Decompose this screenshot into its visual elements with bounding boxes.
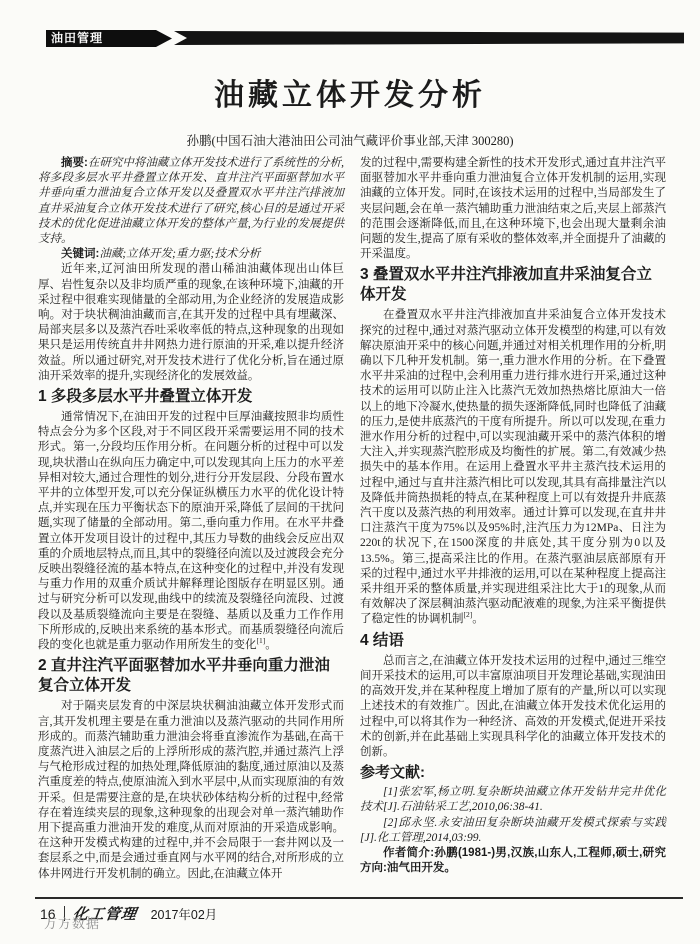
section3-paragraph: 在叠置双水平井注汽排液加直井采油复合立体开发技术探究的过程中,通过对蒸汽驱动立体… — [360, 308, 666, 627]
left-column: 摘要:在研究中将油藏立体开发技术进行了系统性的分析,将多段多层水平井叠置立体开发… — [38, 156, 344, 882]
author-bio-label: 作者简介: — [383, 847, 434, 859]
section2-paragraph-left: 对于隔夹层发育的中深层块状稠油油藏立体开发形式而言,其开发机理主要是在重力泄油以… — [38, 699, 344, 881]
section1-endmark: 。 — [265, 639, 277, 651]
banner-rule-bar — [174, 31, 684, 45]
paper-title: 油藏立体开发分析 — [0, 70, 700, 114]
section2-heading: 2 直井注汽平面驱替加水平井垂向重力泄油复合立体开发 — [38, 656, 344, 696]
paper-page: 油田管理 油藏立体开发分析 孙鹏(中国石油大港油田公司油气藏评价事业部,天津 3… — [0, 0, 700, 944]
footer-divider — [35, 897, 683, 899]
right-column: 发的过程中,需要构建全新性的技术开发形式,通过直井注汽平面驱替加水平井垂向重力泄… — [360, 156, 666, 882]
abstract-paragraph: 摘要:在研究中将油藏立体开发技术进行了系统性的分析,将多段多层水平井叠置立体开发… — [38, 156, 344, 247]
keywords-paragraph: 关键词:油藏;立体开发;重力驱;技术分析 — [38, 247, 344, 262]
intro-paragraph: 近年来,辽河油田所发现的潜山稀油油藏体现出山体巨厚、岩性复杂以及非均质严重的现象… — [38, 262, 344, 384]
abstract-text: 在研究中将油藏立体开发技术进行了系统性的分析,将多段多层水平井叠置立体开发、直井… — [38, 157, 344, 245]
section3-heading: 3 叠置双水平井注汽排液加直井采油复合立体开发 — [360, 265, 666, 305]
abstract-label: 摘要: — [61, 157, 88, 169]
wanfang-watermark: 万方数据 — [44, 913, 100, 932]
keywords-text: 油藏;立体开发;重力驱;技术分析 — [99, 248, 260, 260]
section2-paragraph-right: 发的过程中,需要构建全新性的技术开发形式,通过直井注汽平面驱替加水平井垂向重力泄… — [360, 156, 666, 262]
author-line: 孙鹏(中国石油大港油田公司油气藏评价事业部,天津 300280) — [0, 131, 700, 149]
section1-heading: 1 多段多层水平井叠置立体开发 — [38, 387, 344, 407]
section3-text: 在叠置双水平井注汽排液加直井采油复合立体开发技术探究的过程中,通过对蒸汽驱动立体… — [360, 309, 666, 625]
banner-label: 油田管理 — [51, 31, 103, 45]
reference-item-2: [2]邱永坚.永安油田复杂断块油藏开发模式探索与实践[J].化工管理,2014,… — [360, 816, 666, 846]
author-bio: 作者简介:孙鹏(1981-)男,汉族,山东人,工程师,硕士,研究方向:油气田开发… — [360, 846, 666, 876]
references-heading: 参考文献: — [360, 763, 666, 783]
reference-item-1: [1]张宏军,杨立明.复杂断块油藏立体开发钻井完井优化技术[J].石油钻采工艺,… — [360, 785, 666, 815]
section4-paragraph: 总而言之,在油藏立体开发技术运用的过程中,通过三维空间开采技术的运用,可以丰富原… — [360, 654, 666, 760]
section4-heading: 4 结语 — [360, 631, 666, 651]
issue-date: 2017年02月 — [151, 905, 218, 923]
citation-1-marker: [1] — [257, 636, 266, 645]
section3-endmark: 。 — [472, 613, 484, 625]
citation-2-marker: [2] — [464, 611, 473, 620]
section1-text: 通常情况下,在油田开发的过程中巨厚油藏按照非均质性特点会分为多个区段,对于不同区… — [38, 411, 344, 651]
column-banner-tag: 油田管理 — [46, 30, 172, 47]
two-column-body: 摘要:在研究中将油藏立体开发技术进行了系统性的分析,将多段多层水平井叠置立体开发… — [38, 156, 666, 882]
section1-paragraph: 通常情况下,在油田开发的过程中巨厚油藏按照非均质性特点会分为多个区段,对于不同区… — [38, 410, 344, 653]
keywords-label: 关键词: — [61, 248, 99, 260]
